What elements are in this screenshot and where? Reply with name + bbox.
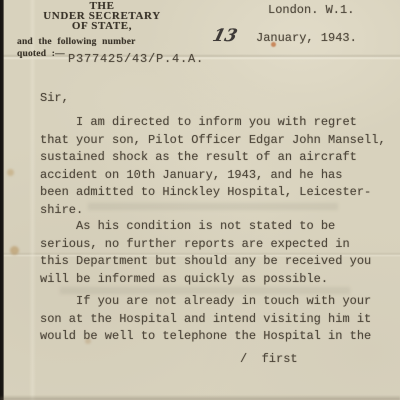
scan-bottom-shadow xyxy=(0,395,400,400)
paragraph-line: serious, no further reports are expected… xyxy=(40,236,371,254)
letterhead-city: London. W.1. xyxy=(268,2,354,20)
catchword-first: / first xyxy=(240,351,298,369)
typed-date: January, 1943. xyxy=(256,30,357,48)
paragraph-line: As his condition is not stated to be xyxy=(40,218,371,236)
fold-crease-vertical xyxy=(29,0,36,400)
sender-line-of-state: OF STATE, xyxy=(40,21,164,31)
paragraph-line: will be informed as quickly as possible. xyxy=(40,271,371,289)
paragraph-line: shire. xyxy=(40,202,386,220)
salutation: Sir, xyxy=(40,90,69,108)
handwritten-date-day: 13 xyxy=(211,26,240,46)
paragraph-line: this Department but should any be receiv… xyxy=(40,253,371,271)
scan-dark-edge xyxy=(0,0,4,400)
paragraph-1: I am directed to inform you with regret … xyxy=(40,114,386,219)
reference-number: P377425/43/P.4.A. xyxy=(68,51,204,69)
paragraph-line: been admitted to Hinckley Hospital, Leic… xyxy=(40,184,386,202)
paragraph-line: son at the Hospital and intend visiting … xyxy=(40,311,371,329)
ref-note-line1: and the following number xyxy=(17,37,136,49)
paragraph-line: If you are not already in touch with you… xyxy=(40,293,371,311)
paragraph-line: accident on 10th January, 1943, and he h… xyxy=(40,167,386,185)
paragraph-line: that your son, Pilot Officer Edgar John … xyxy=(40,132,386,150)
paragraph-line: I am directed to inform you with regret xyxy=(40,114,386,132)
paragraph-3: If you are not already in touch with you… xyxy=(40,293,371,346)
letterhead-sender-block: THE UNDER SECRETARY OF STATE, xyxy=(40,1,164,32)
paragraph-2: As his condition is not stated to be ser… xyxy=(40,218,371,288)
paragraph-line: sustained shock as the result of an airc… xyxy=(40,149,386,167)
scanned-letter: THE UNDER SECRETARY OF STATE, London. W.… xyxy=(0,0,400,400)
paragraph-line: would be well to telephone the Hospital … xyxy=(40,328,371,346)
